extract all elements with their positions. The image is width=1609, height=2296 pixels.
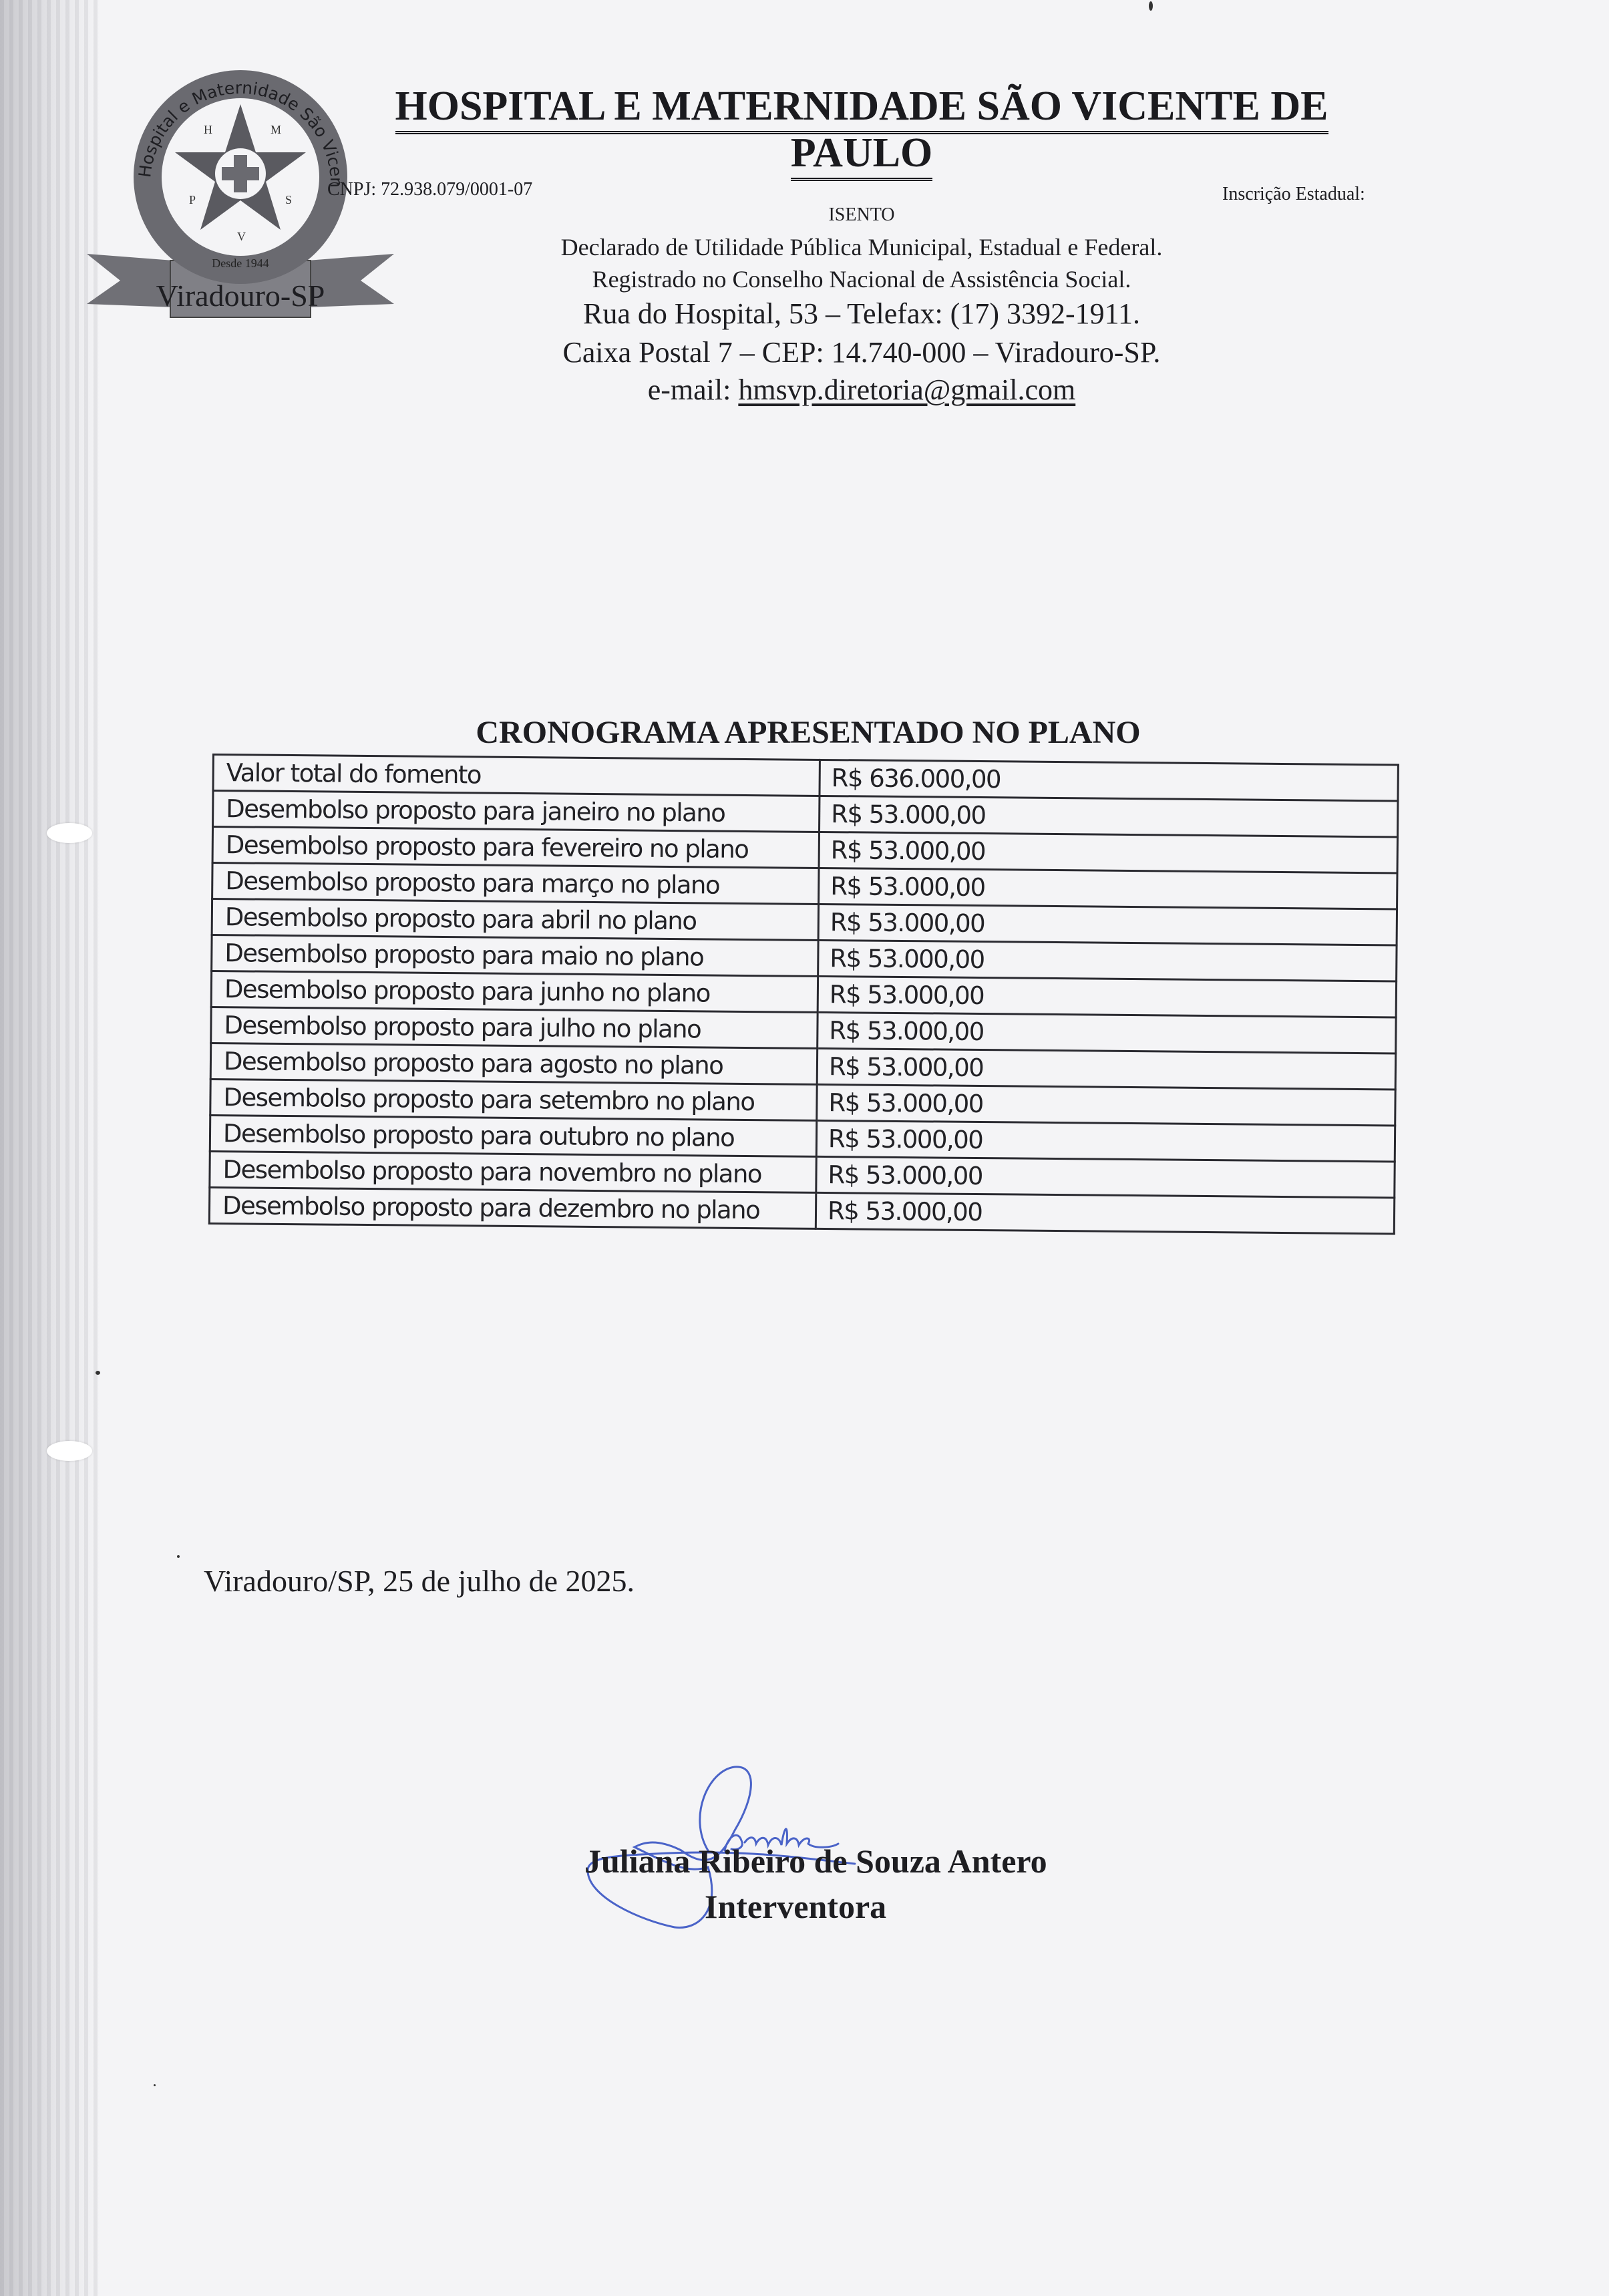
row-label: Desembolso proposto para maio no plano [212, 935, 818, 977]
place-date: Viradouro/SP, 25 de julho de 2025. [204, 1563, 635, 1599]
row-value: R$ 53.000,00 [818, 940, 1397, 981]
inscricao-estadual-value: ISENTO [321, 206, 1403, 224]
row-value: R$ 53.000,00 [819, 868, 1397, 909]
row-label: Desembolso proposto para julho no plano [211, 1007, 818, 1048]
row-value: R$ 53.000,00 [817, 1084, 1395, 1126]
row-label: Desembolso proposto para fevereiro no pl… [212, 827, 819, 868]
row-label: Desembolso proposto para agosto no plano [210, 1043, 817, 1084]
email-label: e-mail: [648, 373, 731, 406]
signer-role: Interventora [705, 1887, 886, 1926]
schedule-table: Valor total do fomentoR$ 636.000,00Desem… [208, 754, 1399, 1235]
hospital-name-line2: PAULO [321, 132, 1403, 181]
punch-hole-bottom [47, 1441, 92, 1461]
schedule-title: CRONOGRAMA APRESENTADO NO PLANO [214, 717, 1403, 749]
svg-text:V: V [237, 230, 246, 243]
svg-text:S: S [285, 193, 292, 206]
row-label: Desembolso proposto para março no plano [212, 863, 819, 905]
declaration-line: Declarado de Utilidade Pública Municipal… [321, 235, 1403, 259]
svg-text:M: M [271, 123, 281, 136]
scanner-edge-shadow [0, 0, 100, 2296]
scan-speck [177, 1555, 180, 1558]
row-label: Valor total do fomento [213, 755, 820, 796]
row-value: R$ 53.000,00 [820, 796, 1398, 837]
row-value: R$ 53.000,00 [817, 1048, 1395, 1090]
hospital-name-line1: HOSPITAL E MATERNIDADE SÃO VICENTE DE [321, 86, 1403, 134]
registration-line: Registrado no Conselho Nacional de Assis… [321, 267, 1403, 291]
row-label: Desembolso proposto para setembro no pla… [210, 1079, 817, 1120]
row-label: Desembolso proposto para outubro no plan… [210, 1115, 816, 1156]
scan-speck [154, 2084, 156, 2086]
row-label: Desembolso proposto para abril no plano [212, 899, 818, 941]
row-value: R$ 53.000,00 [816, 1192, 1394, 1234]
row-value: R$ 53.000,00 [816, 1156, 1395, 1198]
row-label: Desembolso proposto para dezembro no pla… [209, 1187, 816, 1228]
cnpj: CNPJ: 72.938.079/0001-07 [327, 179, 532, 200]
row-label: Desembolso proposto para junho no plano [211, 971, 818, 1013]
row-value: R$ 53.000,00 [819, 832, 1397, 873]
svg-text:P: P [189, 193, 196, 206]
inscricao-estadual-label: Inscrição Estadual: [1222, 184, 1365, 205]
scan-speck [1149, 1, 1153, 11]
scan-speck [96, 1371, 100, 1375]
row-label: Desembolso proposto para novembro no pla… [210, 1151, 816, 1192]
row-label: Desembolso proposto para janeiro no plan… [213, 791, 820, 832]
address-phone-line: Rua do Hospital, 53 – Telefax: (17) 3392… [321, 299, 1403, 329]
svg-text:Viradouro-SP: Viradouro-SP [156, 279, 325, 313]
row-value: R$ 53.000,00 [818, 904, 1397, 945]
logo-letter-h: H [204, 123, 212, 136]
punch-hole-top [47, 823, 92, 843]
row-value: R$ 636.000,00 [820, 760, 1398, 801]
row-value: R$ 53.000,00 [818, 976, 1396, 1017]
email-link[interactable]: hmsvp.diretoria@gmail.com [738, 373, 1075, 406]
row-value: R$ 53.000,00 [818, 1012, 1396, 1053]
email-line: e-mail: hmsvp.diretoria@gmail.com [321, 375, 1403, 405]
svg-text:Desde 1944: Desde 1944 [212, 257, 269, 270]
signer-name: Juliana Ribeiro de Souza Antero [584, 1842, 1047, 1880]
postal-address-line: Caixa Postal 7 – CEP: 14.740-000 – Virad… [321, 338, 1403, 367]
row-value: R$ 53.000,00 [816, 1120, 1395, 1162]
